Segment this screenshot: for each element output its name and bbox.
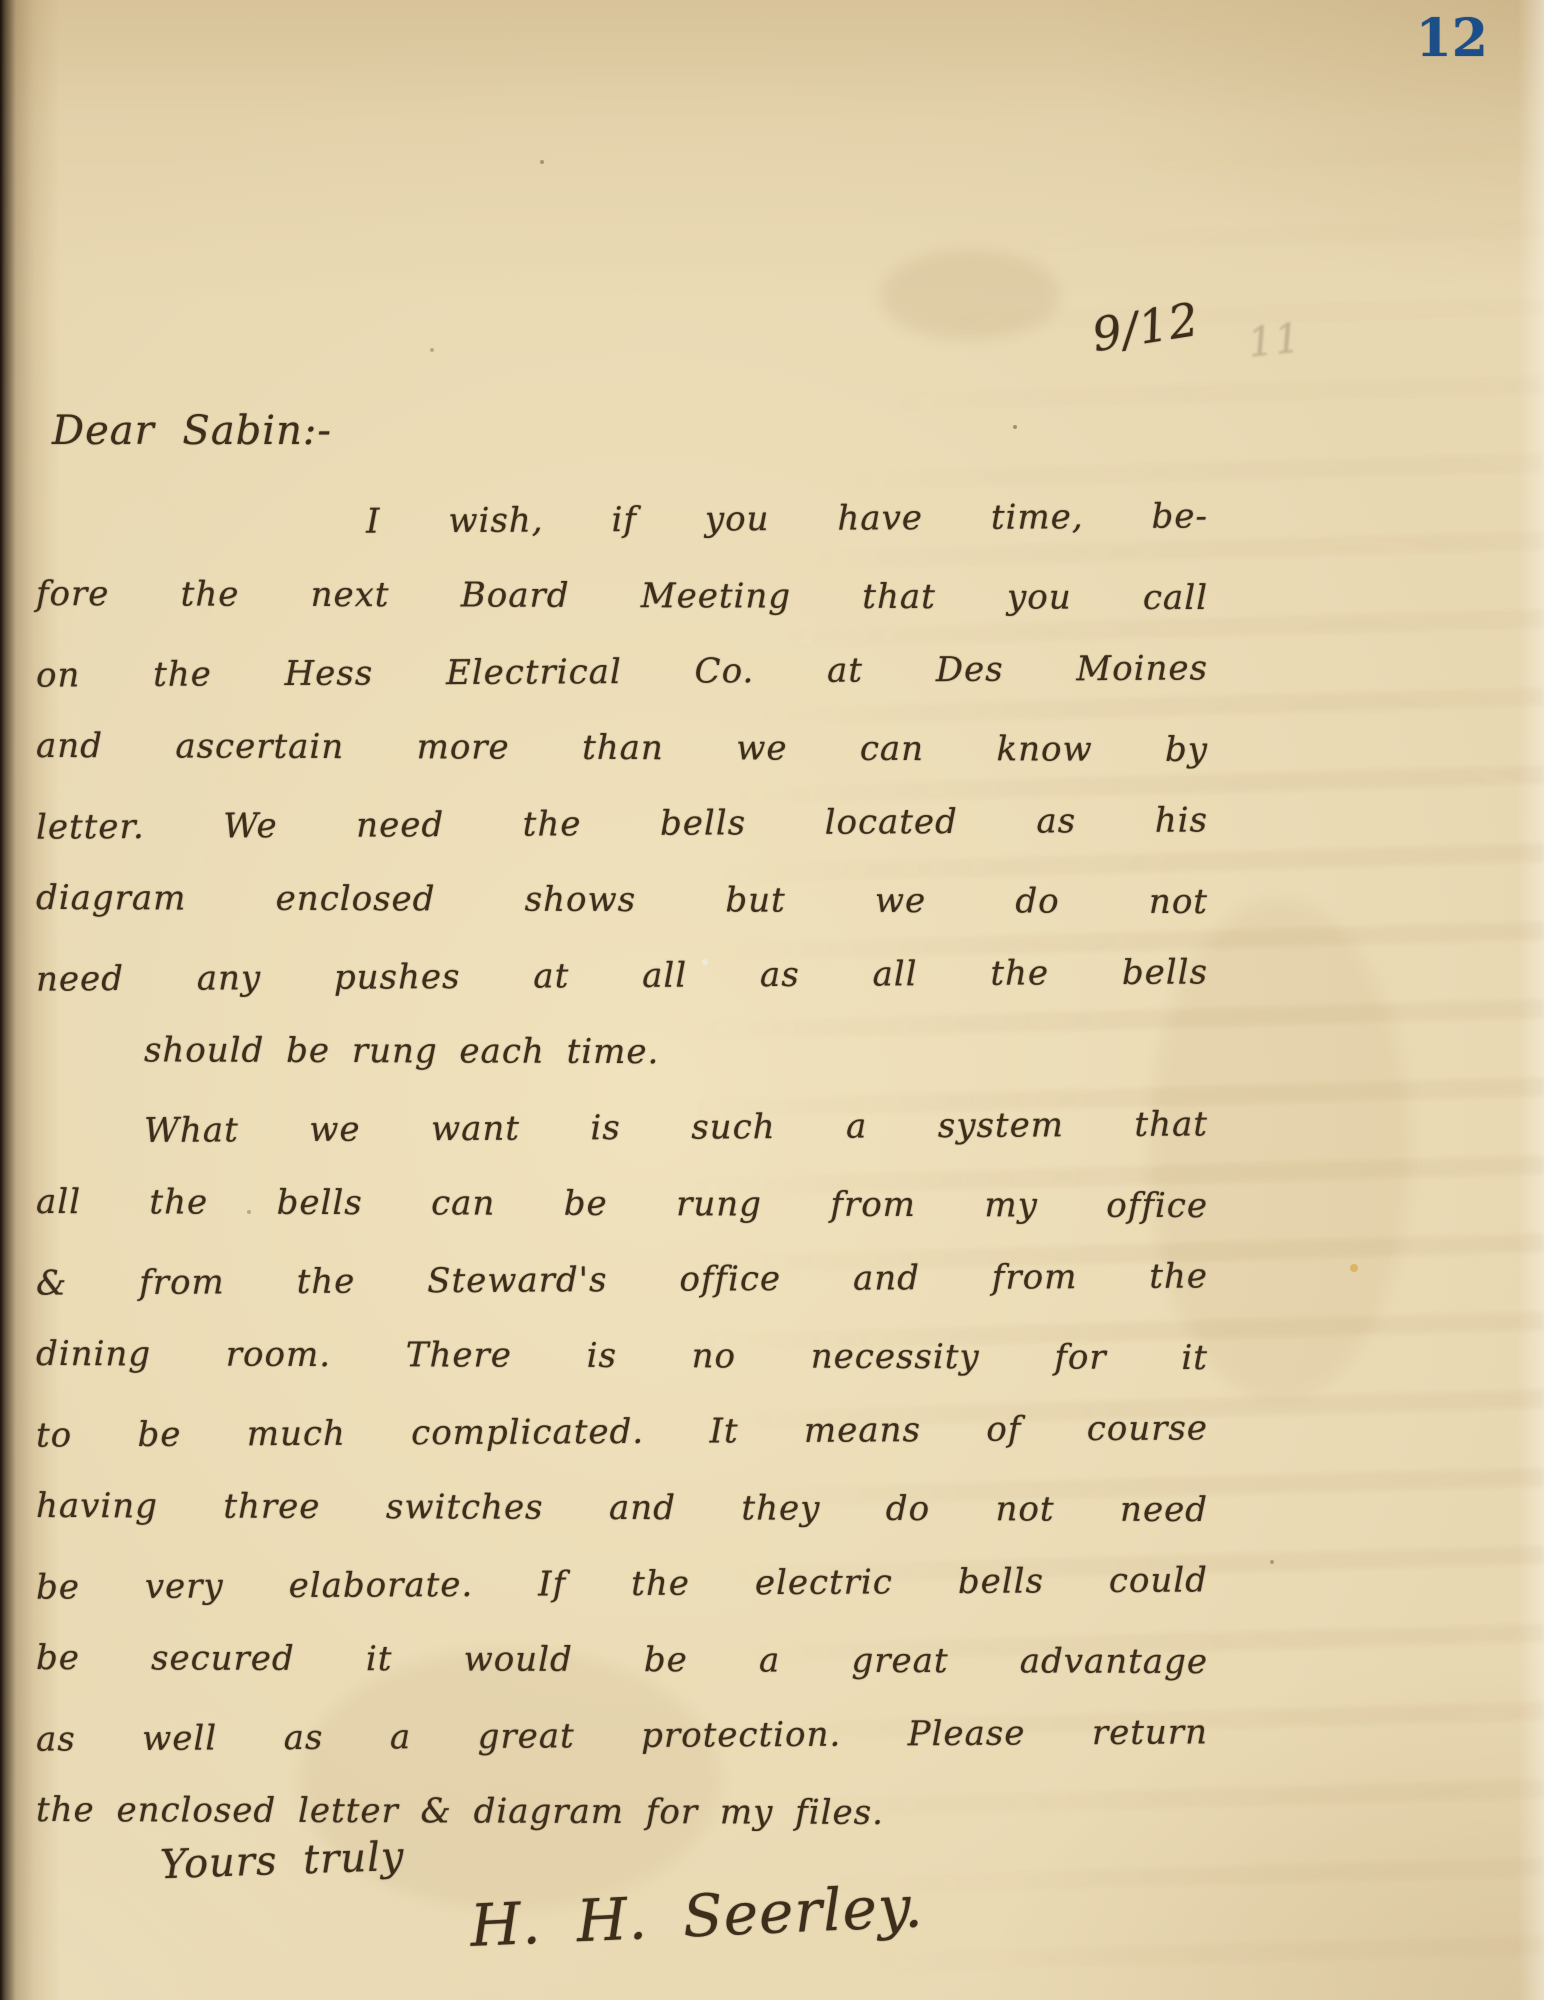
letter-line: be very elaborate. If the electric bells…	[36, 1542, 1208, 1625]
letter-line: What we want is such a system that	[36, 1086, 1208, 1169]
letter-body: I wish, if you have time, be- fore the n…	[36, 482, 1208, 1850]
letter-line: be secured it would be a great advantage	[36, 1620, 1208, 1700]
closing: Yours truly	[159, 1834, 405, 1889]
letter-line: to be much complicated. It means of cour…	[36, 1390, 1208, 1473]
paper-stain	[880, 250, 1060, 340]
letter-line: dining room. There is no necessity for i…	[36, 1316, 1208, 1396]
letter-page: 12 9/12 11 Dear Sabin:- I wish, if you h…	[0, 0, 1544, 2000]
letter-line: I wish, if you have time, be-	[36, 478, 1208, 561]
letter-line: letter. We need the bells located as his	[36, 782, 1208, 865]
letter-line: as well as a great protection. Please re…	[36, 1694, 1208, 1777]
letter-line: and ascertain more than we can know by	[36, 708, 1208, 788]
letter-line: need any pushes at all as all the bells	[36, 934, 1208, 1017]
letter-line: having three switches and they do not ne…	[36, 1468, 1208, 1548]
letter-date-ghost: 11	[1246, 315, 1303, 366]
letter-line: diagram enclosed shows but we do not	[36, 860, 1208, 940]
letter-line: fore the next Board Meeting that you cal…	[36, 556, 1208, 636]
salutation: Dear Sabin:-	[52, 408, 332, 454]
letter-line: on the Hess Electrical Co. at Des Moines	[36, 630, 1208, 713]
foxing-specks	[0, 0, 4, 4]
page-number: 12	[1416, 8, 1488, 69]
letter-line: & from the Steward's office and from the	[36, 1238, 1208, 1321]
letter-line: should be rung each time.	[36, 1012, 1208, 1092]
letter-line: all the bells can be rung from my office	[36, 1164, 1208, 1244]
